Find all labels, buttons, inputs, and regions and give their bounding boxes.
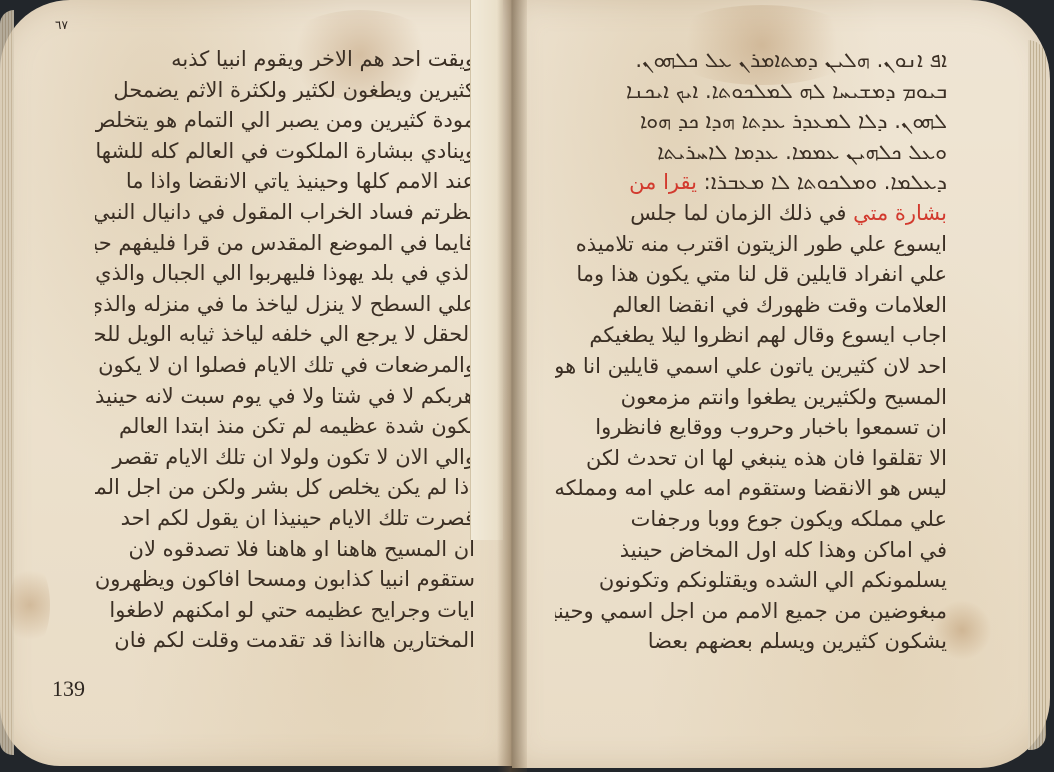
rubric-heading: بشارة متي bbox=[853, 201, 947, 225]
left-page-edges bbox=[0, 10, 14, 755]
text-line: كثيرين ويطغون لكثير ولكثرة الاثم يضمحل bbox=[95, 75, 475, 106]
text-line: العلامات وقت ظهورك في انقضا العالم bbox=[555, 290, 947, 321]
text-line: علي مملكه ويكون جوع ووبا ورجفات bbox=[555, 504, 947, 535]
left-page: ٦٧ ويقت احد هم الاخر ويقوم انبيا كذبه كث… bbox=[0, 0, 512, 766]
right-page-text: ܐܦ ܐܢܘܢ. ܗܠܝܢ ܕܡܬܐܡܪܢ ܥܠ ܟܠܗܘܢ. ܒܝܘܡ ܕܡܫ… bbox=[555, 45, 947, 657]
text-line: احد لان كثيرين ياتون علي اسمي قايلين انا… bbox=[555, 351, 947, 382]
text-line: في ذلك الزمان لما جلس bbox=[630, 201, 846, 225]
left-page-text: ويقت احد هم الاخر ويقوم انبيا كذبه كثيري… bbox=[95, 44, 475, 656]
text-line: مودة كثيرين ومن يصبر الي التمام هو يتخلص bbox=[95, 105, 475, 136]
text-line: عند الامم كلها وحينيذ ياتي الانقضا واذا … bbox=[95, 166, 475, 197]
text-line: قايما في الموضع المقدس من قرا فليفهم حين… bbox=[95, 228, 475, 259]
text-line: الا تقلقوا فان هذه ينبغي لها ان تحدث لكن bbox=[555, 443, 947, 474]
right-page: ܐܦ ܐܢܘܢ. ܗܠܝܢ ܕܡܬܐܡܪܢ ܥܠ ܟܠܗܘܢ. ܒܝܘܡ ܕܡܫ… bbox=[512, 0, 1050, 768]
text-line: والمرضعات في تلك الايام فصلوا ان لا يكون bbox=[95, 350, 475, 381]
syriac-line: ܘܥܠ ܟܠܗܝܢ ܥܡܡܐ. ܥܕܡܐ ܠܐܚܪܝܬܐ bbox=[555, 137, 947, 168]
right-page-edges bbox=[1028, 40, 1046, 750]
text-line: وينادي ببشارة الملكوت في العالم كله للشه… bbox=[95, 136, 475, 167]
syriac-line-with-rubric: ܕܥܠܡܐ. ܘܡܠܟܘܬܐ ܠܐ ܡܥܒܪܐ: يقرا من bbox=[555, 167, 947, 198]
text-line: الذي في بلد يهوذا فليهربوا الي الجبال وا… bbox=[95, 258, 475, 289]
book-gutter bbox=[497, 0, 527, 772]
folio-number: 139 bbox=[52, 676, 85, 702]
corner-mark: ٦٧ bbox=[55, 18, 68, 33]
syriac-line: ܒܝܘܡ ܕܡܫܝܚܐ ܠܗ ܠܡܠܟܘܬܐ. ܐܝܟ ܐܝܟܢܐ bbox=[555, 76, 947, 107]
text-line: ان المسيح هاهنا او هاهنا فلا تصدقوه لان bbox=[95, 534, 475, 565]
text-line: اذا لم يكن يخلص كل بشر ولكن من اجل المخت… bbox=[95, 472, 475, 503]
text-line: ايسوع علي طور الزيتون اقترب منه تلاميذه bbox=[555, 229, 947, 260]
rubric-heading: يقرا من bbox=[629, 170, 697, 194]
text-line: مبغوضين من جميع الامم من اجل اسمي وحينيذ bbox=[555, 596, 947, 627]
text-line: قصرت تلك الايام حينيذا ان يقول لكم احد bbox=[95, 503, 475, 534]
manuscript-photo: ٦٧ ويقت احد هم الاخر ويقوم انبيا كذبه كث… bbox=[0, 0, 1054, 772]
water-stain bbox=[10, 560, 50, 650]
text-line: في اماكن وهذا كله اول المخاض حينيذ bbox=[555, 535, 947, 566]
text-line: يسلمونكم الي الشده ويقتلونكم وتكونون bbox=[555, 565, 947, 596]
text-line: هربكم لا في شتا ولا في يوم سبت لانه حيني… bbox=[95, 381, 475, 412]
text-line: والي الان لا تكون ولولا ان تلك الايام تق… bbox=[95, 442, 475, 473]
text-line: علي السطح لا ينزل لياخذ ما في منزله والذ… bbox=[95, 289, 475, 320]
text-line: المسيح ولكثيرين يطغوا وانتم مزمعون bbox=[555, 382, 947, 413]
syriac-line: ܐܦ ܐܢܘܢ. ܗܠܝܢ ܕܡܬܐܡܪܢ ܥܠ ܟܠܗܘܢ. bbox=[555, 45, 947, 76]
text-line: الحقل لا يرجع الي خلفه لياخذ ثيابه الويل… bbox=[95, 319, 475, 350]
text-line: ويقت احد هم الاخر ويقوم انبيا كذبه bbox=[95, 44, 475, 75]
text-line: اجاب ايسوع وقال لهم انظروا ليلا يطغيكم bbox=[555, 320, 947, 351]
text-line: يشكون كثيرين ويسلم بعضهم بعضا bbox=[555, 626, 947, 657]
text-line: المختارين هاانذا قد تقدمت وقلت لكم فان bbox=[95, 625, 475, 656]
syriac-line: ܠܗܘܢ. ܕܠܐ ܠܡܥܕܪ ܥܕܬܐ ܗܕܐ ܟܕ ܗܘܐ bbox=[555, 106, 947, 137]
text-line: ستقوم انبيا كذابون ومسحا افاكون ويظهرون bbox=[95, 564, 475, 595]
text-line: ان تسمعوا باخبار وحروب ووقايع فانظروا bbox=[555, 412, 947, 443]
syriac-text: ܕܥܠܡܐ. ܘܡܠܟܘܬܐ ܠܐ ܡܥܒܪܐ: bbox=[704, 170, 947, 194]
heading-line: بشارة متي في ذلك الزمان لما جلس bbox=[555, 198, 947, 229]
text-line: نظرتم فساد الخراب المقول في دانيال النبي bbox=[95, 197, 475, 228]
text-line: علي انفراد قايلين قل لنا متي يكون هذا وم… bbox=[555, 259, 947, 290]
text-line: ليس هو الانقضا وستقوم امه علي امه ومملكه bbox=[555, 473, 947, 504]
text-line: ايات وجرايح عظيمه حتي لو امكنهم لاطغوا bbox=[95, 595, 475, 626]
text-line: تكون شدة عظيمه لم تكن منذ ابتدا العالم bbox=[95, 411, 475, 442]
